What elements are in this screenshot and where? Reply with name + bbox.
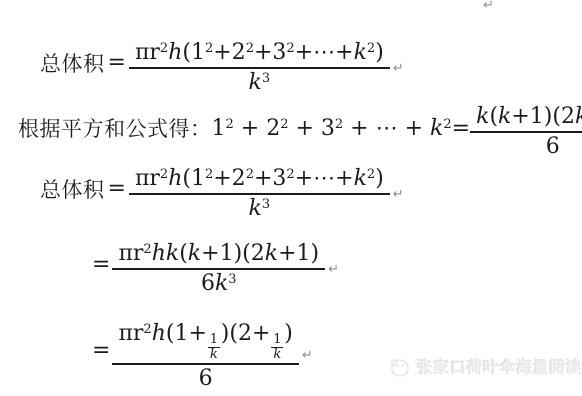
fraction-denominator: 6 bbox=[470, 131, 582, 159]
math-token: +2 bbox=[213, 166, 245, 191]
math-token: (1 bbox=[182, 40, 205, 65]
superscript: 2 bbox=[205, 167, 213, 182]
formula-line-total-volume-2: 总体积= πr2h(12+22+32+⋯+k2) k3 ↵ bbox=[40, 162, 404, 221]
nested-fraction: 1k bbox=[271, 333, 283, 361]
fraction-denominator: k3 bbox=[129, 67, 390, 95]
superscript: 2 bbox=[143, 322, 151, 337]
fraction: πr2h(12+22+32+⋯+k2) k3 bbox=[129, 36, 390, 95]
formula-line-total-volume-1: 总体积= πr2h(12+22+32+⋯+k2) k3 ↵ bbox=[40, 36, 404, 95]
fraction: πr2h(12+22+32+⋯+k2) k3 bbox=[129, 162, 390, 221]
superscript: 2 bbox=[205, 41, 213, 56]
nested-numerator: 1 bbox=[210, 333, 218, 347]
superscript: 2 bbox=[367, 167, 375, 182]
math-token: +3 bbox=[254, 166, 286, 191]
superscript: 2 bbox=[143, 242, 151, 257]
math-token: ( bbox=[489, 104, 498, 129]
superscript: 3 bbox=[262, 71, 270, 86]
math-token: h bbox=[168, 166, 182, 191]
fraction: k(k+1)(2k+1) 6 bbox=[470, 103, 582, 159]
equals-sign: = bbox=[92, 252, 110, 277]
math-token: k bbox=[575, 104, 582, 129]
math-token: +1)(2 bbox=[511, 104, 575, 129]
superscript: 2 bbox=[226, 117, 234, 132]
nested-denominator: k bbox=[208, 347, 220, 362]
paragraph-mark-icon: ↵ bbox=[302, 348, 313, 363]
math-token: (1 bbox=[182, 166, 205, 191]
math-token: ) bbox=[284, 321, 293, 346]
math-token: k bbox=[188, 241, 201, 266]
math-token: k bbox=[249, 196, 262, 221]
paragraph-mark-icon: ↵ bbox=[393, 61, 404, 76]
fraction-numerator: k(k+1)(2k+1) bbox=[470, 103, 582, 131]
math-token: (1+ bbox=[166, 321, 207, 346]
fraction: πr2hk(k+1)(2k+1) 6k3 bbox=[112, 237, 325, 296]
math-token: k bbox=[215, 271, 228, 296]
math-token: πr bbox=[135, 166, 160, 191]
formula-label: 总体积 bbox=[40, 174, 105, 204]
math-token: +1)(2 bbox=[201, 241, 265, 266]
nested-denominator: k bbox=[271, 347, 283, 362]
math-token: k bbox=[430, 116, 443, 141]
math-token: πr bbox=[135, 40, 160, 65]
fraction-numerator: πr2h(12+22+32+⋯+k2) bbox=[129, 162, 390, 193]
math-token: + ⋯ + bbox=[343, 116, 430, 141]
math-token: + 3 bbox=[288, 116, 334, 141]
math-expression: 12 + 22 + 32 + ⋯ + k2= bbox=[212, 116, 471, 141]
superscript: 3 bbox=[262, 197, 270, 212]
math-token: k bbox=[498, 104, 511, 129]
equals-sign: = bbox=[452, 116, 470, 141]
formula-line-sum-of-squares: 根据平方和公式得： 12 + 22 + 32 + ⋯ + k2= k(k+1)(… bbox=[18, 103, 582, 159]
math-token: +⋯+ bbox=[295, 40, 354, 65]
document-page: ↵ 总体积= πr2h(12+22+32+⋯+k2) k3 ↵ 根据平方和公式得… bbox=[0, 0, 582, 396]
math-token: ) bbox=[375, 166, 384, 191]
fraction-denominator: k3 bbox=[129, 193, 390, 221]
math-token: )(2+ bbox=[221, 321, 271, 346]
math-token: πr bbox=[118, 321, 143, 346]
superscript: 2 bbox=[160, 41, 168, 56]
fraction-denominator: 6 bbox=[112, 363, 298, 391]
math-token: ( bbox=[179, 241, 188, 266]
math-token: +⋯+ bbox=[295, 166, 354, 191]
math-token: πr bbox=[118, 241, 143, 266]
math-token: k bbox=[476, 104, 489, 129]
watermark: 张家口荷叶伞海量阅读 bbox=[388, 355, 582, 378]
paragraph-mark-icon: ↵ bbox=[483, 0, 494, 13]
math-token: +2 bbox=[213, 40, 245, 65]
formula-line-simplified-1: = πr2hk(k+1)(2k+1) 6k3 ↵ bbox=[92, 237, 339, 296]
fraction-numerator: πr2h(12+22+32+⋯+k2) bbox=[129, 36, 390, 67]
fraction-numerator: πr2h(1+1k)(2+1k) bbox=[112, 313, 298, 363]
formula-label: 总体积 bbox=[40, 48, 105, 78]
paragraph-mark-icon: ↵ bbox=[393, 187, 404, 202]
math-token: ) bbox=[375, 40, 384, 65]
math-token: +1) bbox=[278, 241, 319, 266]
nested-numerator: 1 bbox=[273, 333, 281, 347]
math-token: h bbox=[152, 321, 166, 346]
math-token: +3 bbox=[254, 40, 286, 65]
superscript: 2 bbox=[367, 41, 375, 56]
fraction-numerator: πr2hk(k+1)(2k+1) bbox=[112, 237, 325, 268]
paragraph-mark-icon: ↵ bbox=[328, 262, 339, 277]
superscript: 2 bbox=[286, 41, 294, 56]
math-token: k bbox=[354, 40, 367, 65]
watermark-text: 张家口荷叶伞海量阅读 bbox=[417, 355, 582, 378]
superscript: 3 bbox=[228, 272, 236, 287]
equals-sign: = bbox=[92, 338, 110, 363]
fraction-denominator: 6k3 bbox=[112, 268, 325, 296]
sentence-text: 根据平方和公式得： bbox=[18, 113, 212, 143]
fraction: πr2h(1+1k)(2+1k) 6 bbox=[112, 313, 298, 391]
superscript: 2 bbox=[335, 117, 343, 132]
math-token: 6 bbox=[201, 271, 215, 296]
equals-sign: = bbox=[108, 50, 126, 75]
math-token: k bbox=[249, 70, 262, 95]
superscript: 2 bbox=[160, 167, 168, 182]
nested-fraction: 1k bbox=[208, 333, 220, 361]
watermark-brand-logo-icon bbox=[388, 356, 410, 378]
formula-line-simplified-2: = πr2h(1+1k)(2+1k) 6 ↵ bbox=[92, 313, 313, 391]
superscript: 2 bbox=[286, 167, 294, 182]
math-token: h bbox=[168, 40, 182, 65]
math-token: k bbox=[354, 166, 367, 191]
math-token: + 2 bbox=[234, 116, 280, 141]
superscript: 2 bbox=[246, 167, 254, 182]
equals-sign: = bbox=[108, 176, 126, 201]
math-token: 1 bbox=[212, 116, 226, 141]
math-token: hk bbox=[152, 241, 180, 266]
math-token: k bbox=[265, 241, 278, 266]
superscript: 2 bbox=[246, 41, 254, 56]
superscript: 2 bbox=[443, 117, 451, 132]
